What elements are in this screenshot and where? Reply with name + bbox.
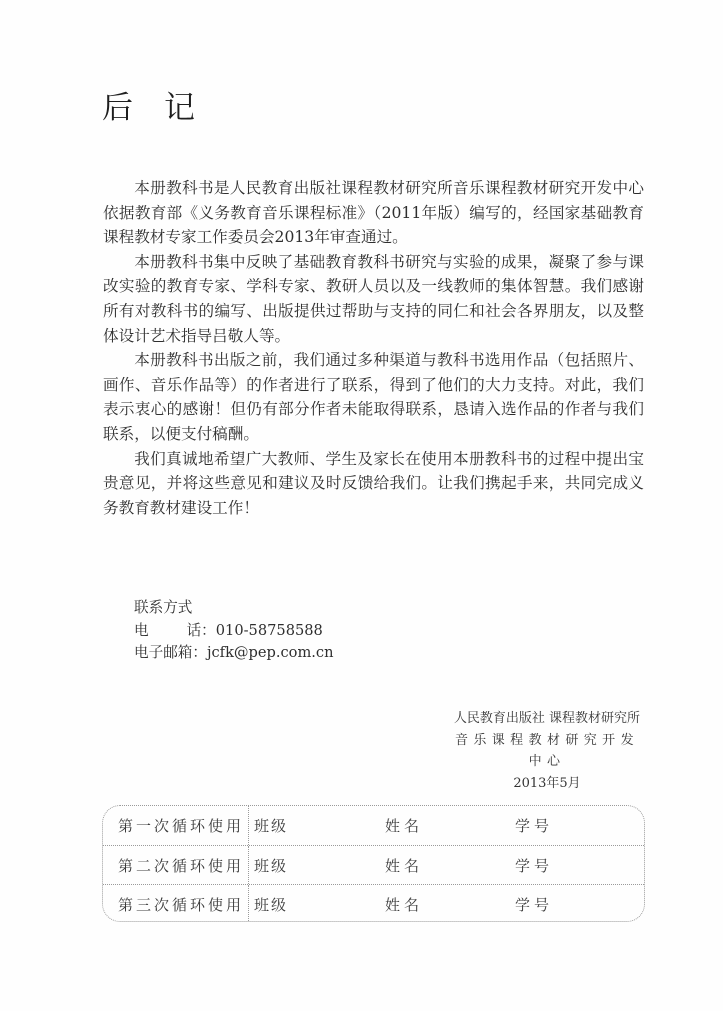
class-field: 班级 bbox=[249, 846, 385, 884]
usage-row-2: 第二次循环使用 班级 姓名 学号 bbox=[103, 845, 644, 884]
contact-email-row: 电子邮箱： jcfk@pep.com.cn bbox=[134, 642, 334, 665]
cycle-label: 第一次循环使用 bbox=[103, 806, 249, 845]
textbook-usage-table: 第一次循环使用 班级 姓名 学号 第二次循环使用 班级 姓名 学号 第三次循环使… bbox=[102, 805, 645, 922]
name-field: 姓名 bbox=[385, 885, 515, 922]
paragraph-authors-contact: 本册教科书出版之前，我们通过多种渠道与教科书选用作品（包括照片、画作、音乐作品等… bbox=[103, 348, 644, 446]
paragraph-publisher: 本册教科书是人民教育出版社课程教材研究所音乐课程教材研究开发中心依据教育部《义务… bbox=[103, 176, 644, 250]
signature-publisher: 人民教育出版社 课程教材研究所 bbox=[448, 708, 646, 730]
signature-block: 人民教育出版社 课程教材研究所 音乐课程教材研究开发中心 2013年5月 bbox=[448, 708, 646, 794]
contact-phone-row: 电话： 010-58758588 bbox=[134, 620, 334, 643]
student-number-field: 学号 bbox=[515, 846, 644, 884]
signature-center: 音乐课程教材研究开发中心 bbox=[448, 730, 646, 773]
class-field: 班级 bbox=[249, 885, 385, 922]
email-value: jcfk@pep.com.cn bbox=[207, 642, 334, 665]
paragraph-feedback: 我们真诚地希望广大教师、学生及家长在使用本册教科书的过程中提出宝贵意见，并将这些… bbox=[103, 447, 644, 521]
class-field: 班级 bbox=[249, 806, 385, 845]
paragraph-acknowledgement: 本册教科书集中反映了基础教育教科书研究与实验的成果，凝聚了参与课改实验的教育专家… bbox=[103, 250, 644, 348]
name-field: 姓名 bbox=[385, 846, 515, 884]
student-number-field: 学号 bbox=[515, 806, 644, 845]
phone-value: 010-58758588 bbox=[216, 620, 323, 643]
cycle-label: 第三次循环使用 bbox=[103, 885, 249, 922]
afterword-body: 本册教科书是人民教育出版社课程教材研究所音乐课程教材研究开发中心依据教育部《义务… bbox=[103, 176, 644, 520]
contact-heading: 联系方式 bbox=[134, 597, 334, 620]
phone-label: 电话： bbox=[134, 620, 216, 643]
usage-row-1: 第一次循环使用 班级 姓名 学号 bbox=[103, 806, 644, 845]
signature-date: 2013年5月 bbox=[448, 773, 646, 795]
phone-label-first: 电 bbox=[134, 622, 187, 639]
name-field: 姓名 bbox=[385, 806, 515, 845]
student-number-field: 学号 bbox=[515, 885, 644, 922]
page-title: 后记 bbox=[102, 88, 226, 128]
cycle-label: 第二次循环使用 bbox=[103, 846, 249, 884]
usage-row-3: 第三次循环使用 班级 姓名 学号 bbox=[103, 884, 644, 922]
contact-info: 联系方式 电话： 010-58758588 电子邮箱： jcfk@pep.com… bbox=[134, 597, 334, 665]
phone-label-last: 话： bbox=[187, 622, 216, 639]
email-label: 电子邮箱： bbox=[134, 642, 207, 665]
